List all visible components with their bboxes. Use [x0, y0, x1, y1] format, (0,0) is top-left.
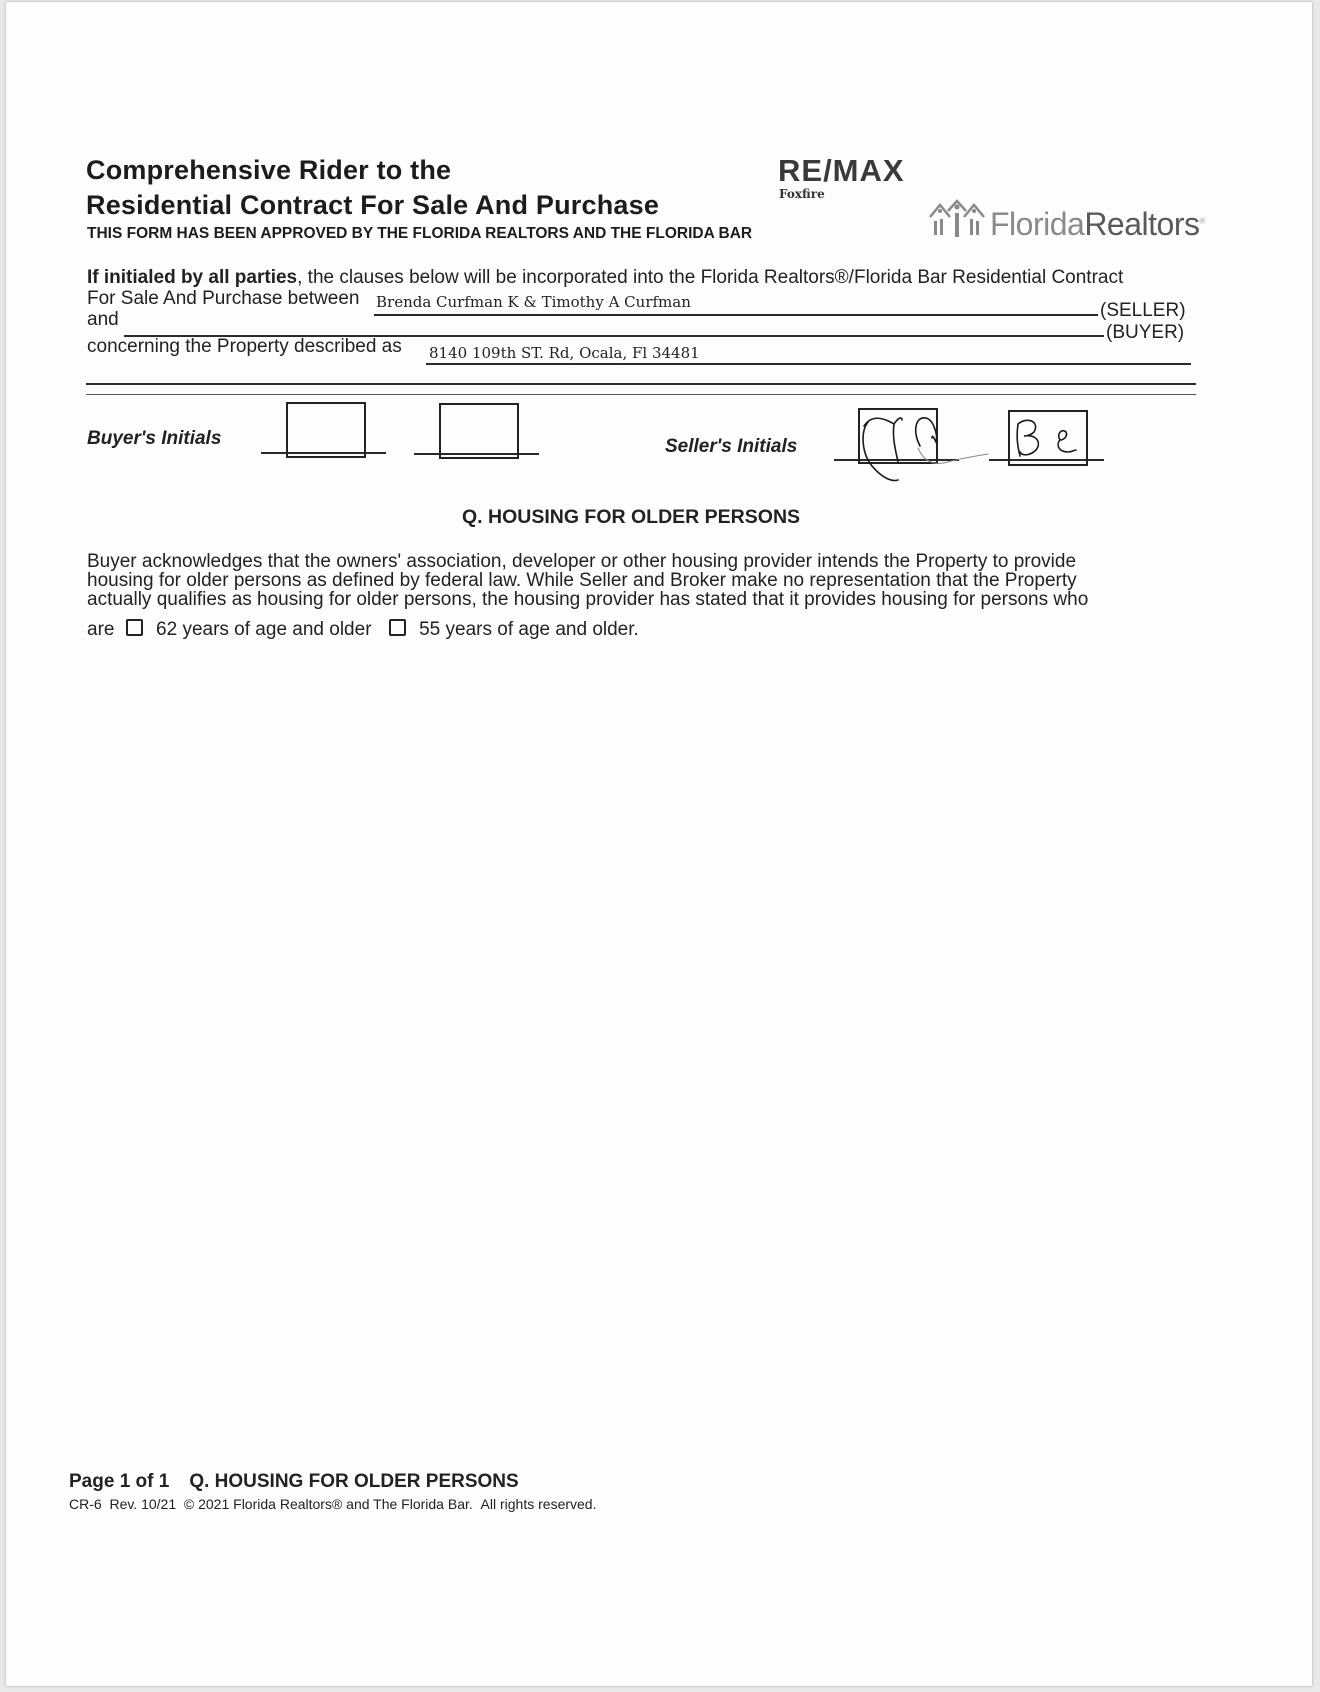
logo-part-realtors: Realtors	[1084, 206, 1199, 242]
approval-statement: THIS FORM HAS BEEN APPROVED BY THE FLORI…	[87, 225, 752, 243]
footer-line1: Page 1 of 1Q. HOUSING FOR OLDER PERSONS	[69, 1471, 519, 1493]
form-title-line1: Comprehensive Rider to the	[86, 155, 451, 186]
checkbox-62-and-older[interactable]	[126, 619, 143, 636]
body-line4: are 62 years of age and older 55 years o…	[87, 619, 639, 639]
checkbox-55-and-older[interactable]	[389, 619, 406, 636]
buyer-tag: (BUYER)	[1106, 322, 1184, 344]
seller-tag: (SELLER)	[1100, 300, 1186, 322]
option-55-label: 55 years of age and older.	[419, 619, 639, 640]
footer-rights: All rights reserved.	[481, 1496, 597, 1512]
intro-line3-prefix: and	[87, 309, 119, 331]
footer-line2: CR-6 Rev. 10/21 © 2021 Florida Realtors®…	[69, 1496, 596, 1512]
footer-page-number: Page 1 of 1	[69, 1471, 169, 1492]
section-heading: Q. HOUSING FOR OLDER PERSONS	[462, 506, 800, 529]
houses-people-icon	[926, 197, 988, 246]
property-address-field[interactable]: 8140 109th ST. Rd, Ocala, Fl 34481	[429, 344, 700, 362]
registered-mark: ®	[1199, 216, 1204, 225]
seller-initials-box-2[interactable]	[1008, 410, 1088, 466]
property-continuation-line	[86, 383, 1196, 385]
document-page: Comprehensive Rider to the Residential C…	[6, 2, 1312, 1686]
footer-revision: Rev. 10/21	[109, 1496, 176, 1512]
separator-line	[86, 394, 1196, 395]
body-line3: actually qualifies as housing for older …	[87, 590, 1088, 609]
logo-part-florida: Florida	[990, 206, 1084, 242]
handwritten-initials-tc	[858, 408, 998, 498]
form-title-line2: Residential Contract For Sale And Purcha…	[86, 190, 659, 221]
intro-line1: If initialed by all parties, the clauses…	[87, 267, 1123, 289]
intro-bold-lead: If initialed by all parties	[87, 267, 297, 288]
seller-underline	[374, 314, 1098, 316]
buyer-initials-box-1[interactable]	[286, 402, 366, 458]
seller-initials-label: Seller's Initials	[665, 436, 797, 458]
remax-logo: RE/MAX	[778, 153, 905, 189]
intro-line1-text: , the clauses below will be incorporated…	[297, 267, 1123, 288]
seller-names-field[interactable]: Brenda Curfman K & Timothy A Curfman	[376, 293, 691, 311]
footer-copyright: © 2021 Florida Realtors® and The Florida…	[184, 1496, 473, 1512]
florida-realtors-logo: FloridaRealtors®	[990, 206, 1205, 243]
intro-line2-prefix: For Sale And Purchase between	[87, 288, 360, 310]
body-line4-prefix: are	[87, 619, 114, 640]
body-line1: Buyer acknowledges that the owners' asso…	[87, 552, 1076, 571]
remax-office-name: Foxfire	[779, 187, 825, 201]
buyer-initials-box-2[interactable]	[439, 403, 519, 459]
intro-line4-prefix: concerning the Property described as	[87, 336, 402, 358]
seller-initials-box-1[interactable]	[858, 408, 938, 464]
property-underline	[426, 363, 1191, 365]
option-62-label: 62 years of age and older	[156, 619, 372, 640]
footer-section-name: Q. HOUSING FOR OLDER PERSONS	[189, 1471, 518, 1492]
body-line2: housing for older persons as defined by …	[87, 571, 1077, 590]
buyer-initials-label: Buyer's Initials	[87, 428, 221, 450]
handwritten-initials-bc	[1010, 412, 1086, 464]
footer-form-id: CR-6	[69, 1496, 102, 1512]
